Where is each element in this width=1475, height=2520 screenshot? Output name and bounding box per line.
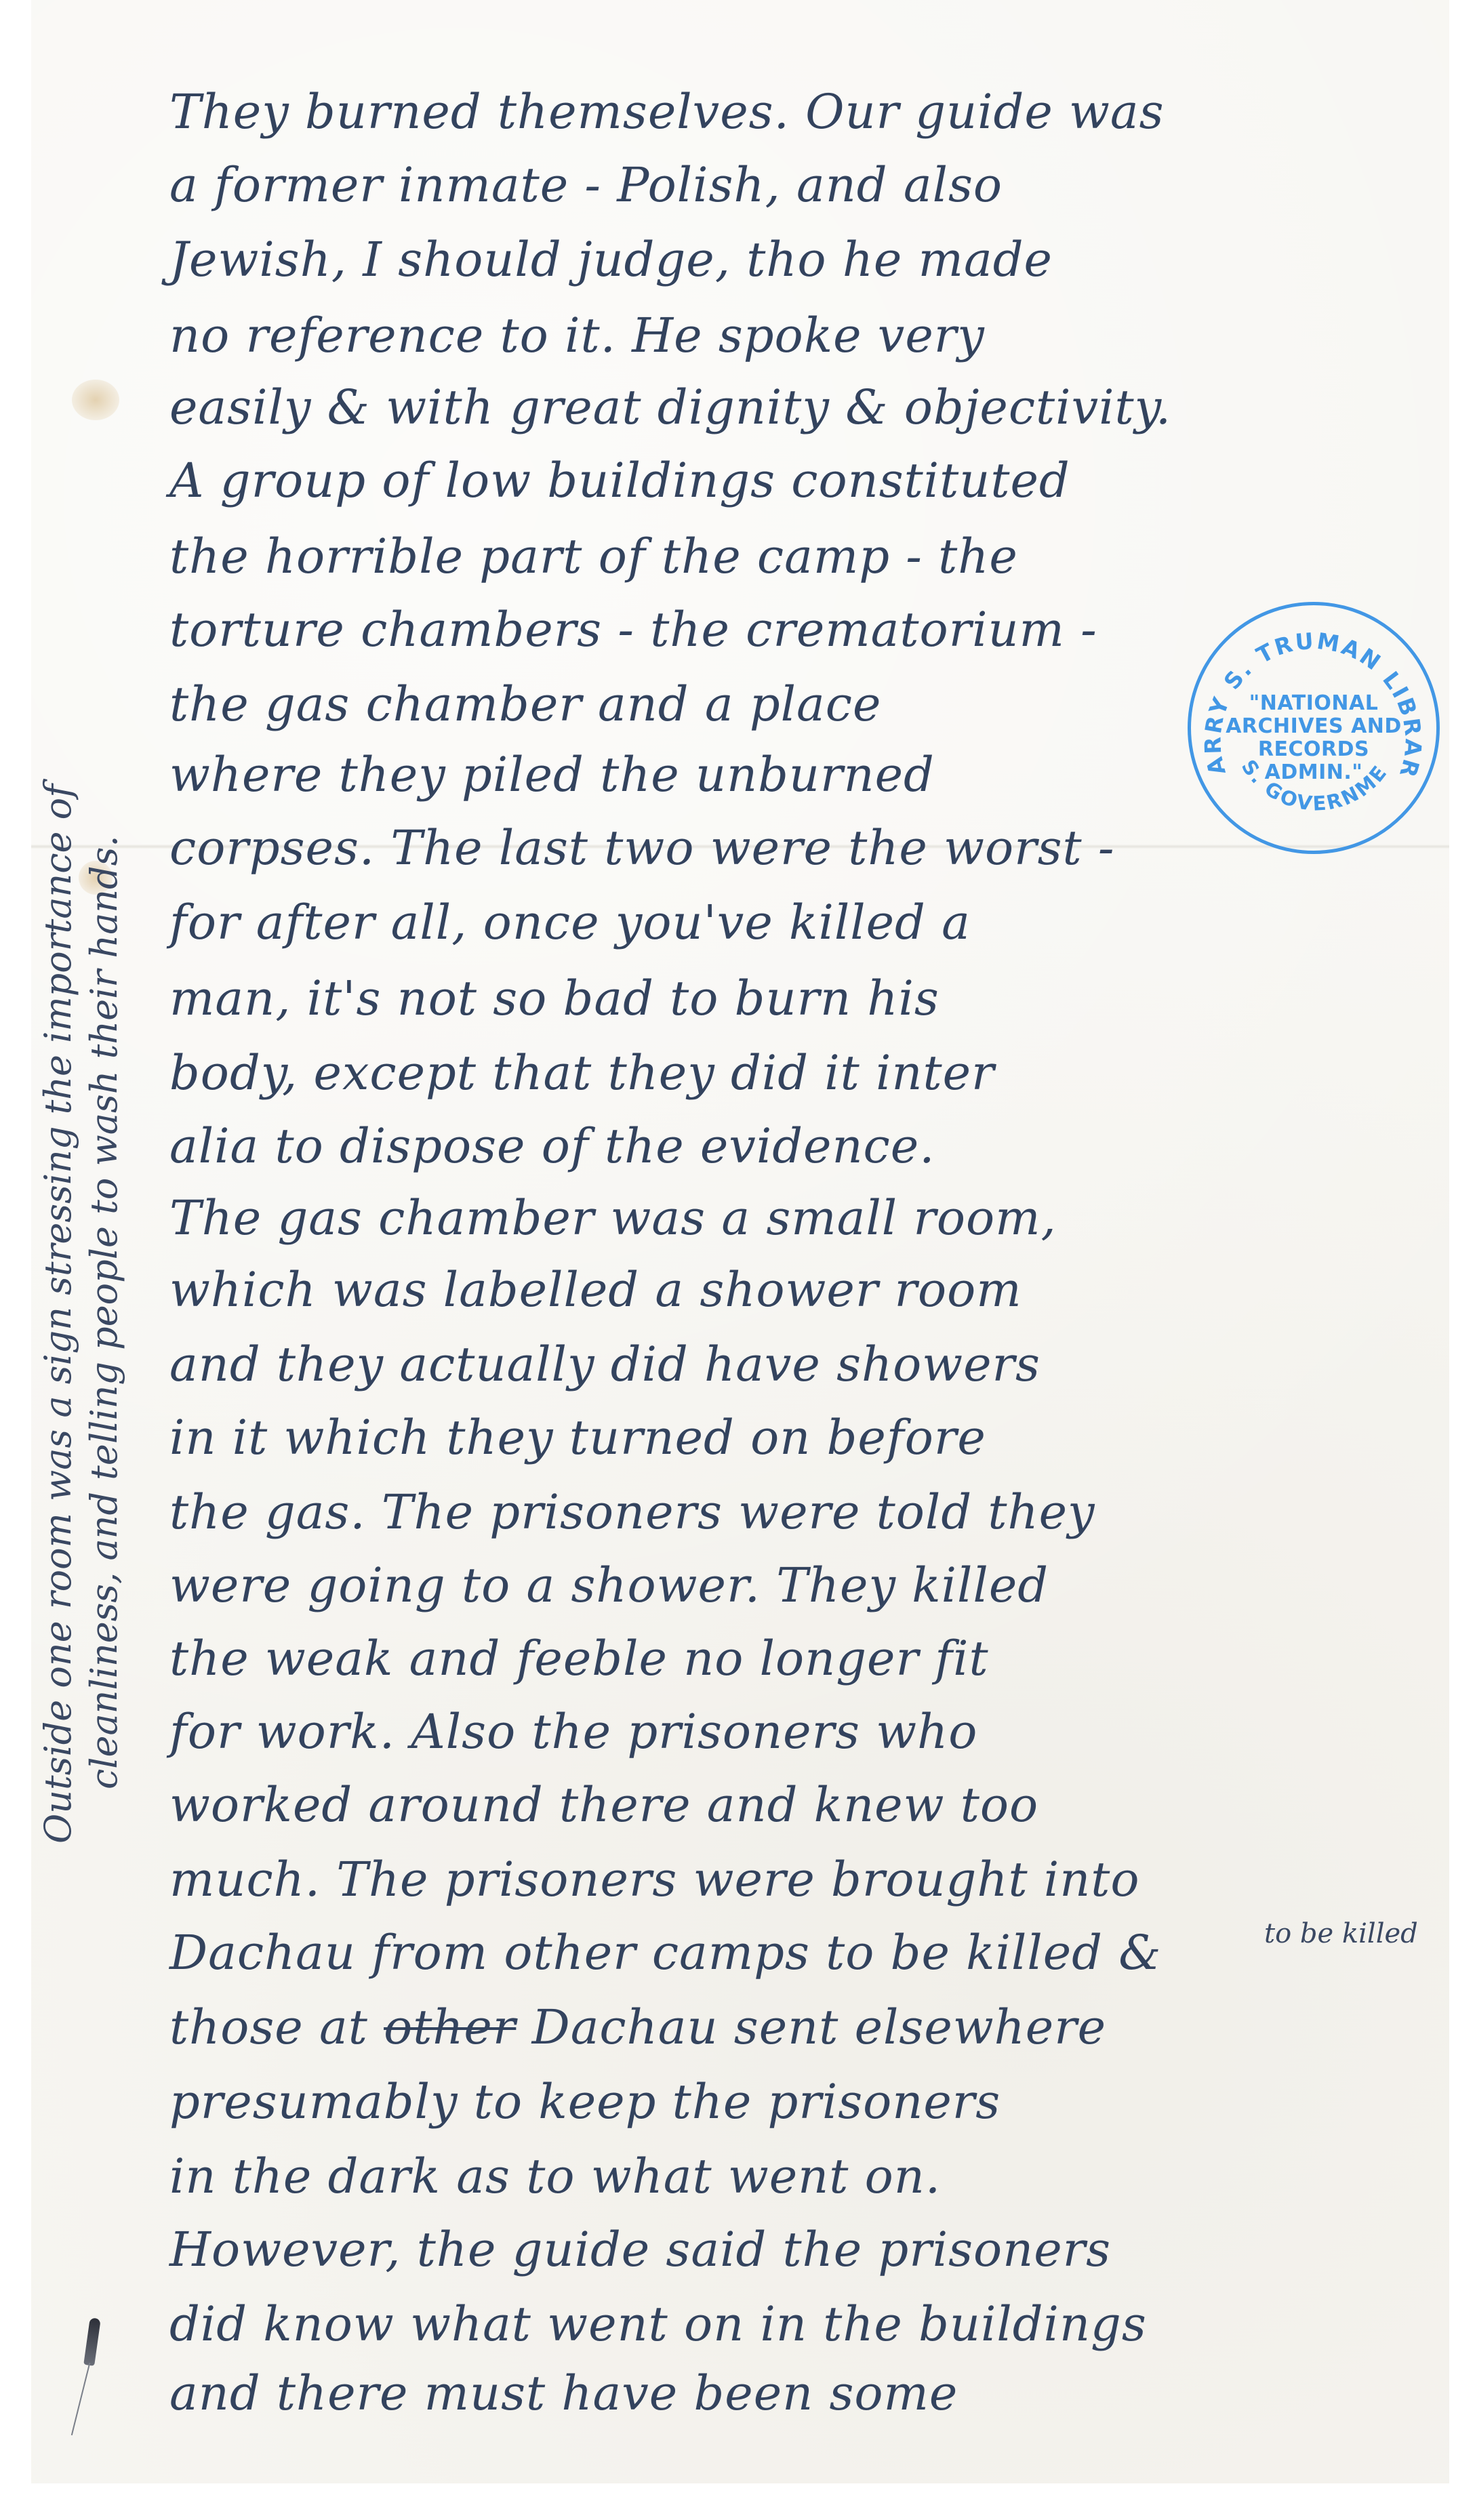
handwritten-body: They burned themselves. Our guide wasa f… — [0, 0, 1475, 2520]
handwritten-line: were going to a shower. They killed — [169, 1555, 1444, 1616]
stamp-center-text: "NATIONAL ARCHIVES AND RECORDS ADMIN." — [1191, 692, 1436, 784]
handwritten-line: easily & with great dignity & objectivit… — [169, 377, 1444, 438]
handwritten-line: worked around there and knew too — [169, 1774, 1444, 1835]
handwritten-line: in the dark as to what went on. — [169, 2146, 1444, 2207]
margin-note-line-1: Outside one room was a sign stressing th… — [35, 319, 81, 1844]
stamp-center-line: ADMIN." — [1191, 761, 1436, 784]
handwritten-line: a former inmate - Polish, and also — [169, 155, 1444, 216]
handwritten-line: The gas chamber was a small room, — [169, 1187, 1444, 1248]
stamp-center-line: "NATIONAL — [1191, 692, 1436, 715]
handwritten-line: Jewish, I should judge, tho he made — [169, 229, 1444, 290]
handwritten-line: Dachau from other camps to be killed & — [169, 1922, 1444, 1983]
stamp-center-line: RECORDS — [1191, 738, 1436, 761]
archive-stamp: HARRY S. TRUMAN LIBRARY U.S. GOVERNMENT … — [1188, 602, 1440, 854]
handwritten-line: alia to dispose of the evidence. — [169, 1116, 1444, 1177]
handwritten-line: did know what went on in the buildings — [169, 2294, 1444, 2355]
handwritten-line: which was labelled a shower room — [169, 1259, 1444, 1320]
handwritten-line: and there must have been some — [169, 2363, 1444, 2424]
handwritten-line: presumably to keep the prisoners — [169, 2071, 1444, 2132]
margin-note: Outside one room was a sign stressing th… — [35, 319, 127, 1844]
handwritten-line: man, it's not so bad to burn his — [169, 968, 1444, 1029]
handwritten-line: the horrible part of the camp - the — [169, 526, 1444, 587]
handwritten-line: no reference to it. He spoke very — [169, 305, 1444, 366]
handwritten-line: those at other Dachau sent elsewhere — [169, 1997, 1444, 2058]
handwritten-line: A group of low buildings constituted — [169, 450, 1444, 511]
handwritten-line: and they actually did have showers — [169, 1334, 1444, 1395]
handwritten-line: the weak and feeble no longer fit — [169, 1628, 1444, 1689]
interlinear-insertion: to be killed — [1264, 1918, 1418, 1949]
margin-note-line-2: cleanliness, and telling people to wash … — [81, 319, 127, 1844]
handwritten-line: They burned themselves. Our guide was — [169, 81, 1444, 142]
handwritten-line: much. The prisoners were brought into — [169, 1849, 1444, 1910]
handwritten-line: However, the guide said the prisoners — [169, 2219, 1444, 2280]
handwritten-line: the gas. The prisoners were told they — [169, 1482, 1444, 1543]
stamp-center-line: ARCHIVES AND — [1191, 715, 1436, 738]
handwritten-line: body, except that they did it inter — [169, 1042, 1444, 1103]
handwritten-line: in it which they turned on before — [169, 1407, 1444, 1468]
struck-word: other — [384, 1999, 516, 2055]
handwritten-line: for work. Also the prisoners who — [169, 1701, 1444, 1762]
handwritten-line: for after all, once you've killed a — [169, 892, 1444, 953]
